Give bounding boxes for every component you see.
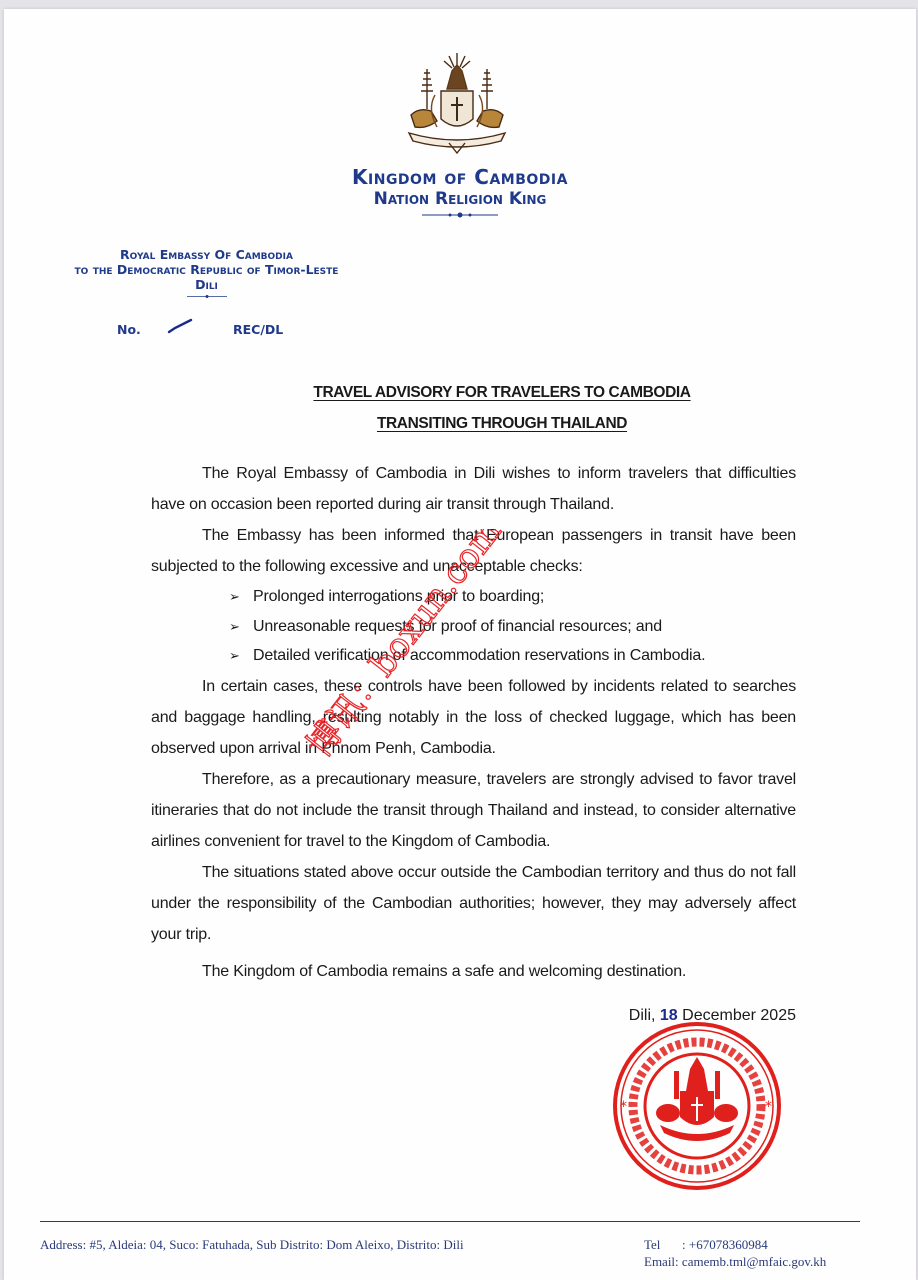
advisory-title-line-1: TRAVEL ADVISORY FOR TRAVELERS TO CAMBODI… bbox=[4, 384, 918, 402]
list-item: ➢Unreasonable requests for proof of fina… bbox=[229, 612, 796, 642]
list-item: ➢Prolonged interrogations prior to board… bbox=[229, 582, 796, 612]
arrow-bullet-icon: ➢ bbox=[229, 582, 240, 612]
embassy-name-block: Royal Embassy Of Cambodia to the Democra… bbox=[34, 247, 379, 292]
body-paragraph: The Royal Embassy of Cambodia in Dili wi… bbox=[151, 458, 796, 520]
footer-contact: Tel: +67078360984 Email: camemb.tml@mfai… bbox=[644, 1236, 826, 1270]
email-label: Email: bbox=[644, 1254, 679, 1269]
embassy-line-3: Dili bbox=[34, 277, 379, 292]
small-ornament-divider bbox=[187, 294, 227, 299]
ornament-divider bbox=[422, 211, 498, 219]
footer-address: Address: #5, Aldeia: 04, Suco: Fatuhada,… bbox=[40, 1237, 464, 1253]
official-seal-stamp: * * bbox=[602, 1021, 792, 1191]
checks-list: ➢Prolonged interrogations prior to board… bbox=[151, 582, 796, 671]
svg-text:*: * bbox=[620, 1099, 627, 1115]
national-motto: Nation Religion King bbox=[4, 189, 916, 209]
body-paragraph: In certain cases, these controls have be… bbox=[151, 671, 796, 764]
arrow-bullet-icon: ➢ bbox=[229, 612, 240, 642]
body-paragraph: The Kingdom of Cambodia remains a safe a… bbox=[151, 956, 796, 987]
advisory-title-line-2: TRANSITING THROUGH THAILAND bbox=[4, 415, 918, 433]
arrow-bullet-icon: ➢ bbox=[229, 641, 240, 671]
footer-phone: Tel: +67078360984 bbox=[644, 1236, 826, 1253]
email-value: camemb.tml@mfaic.gov.kh bbox=[682, 1254, 826, 1269]
footer-divider bbox=[40, 1221, 860, 1222]
phone-label: Tel bbox=[644, 1236, 682, 1253]
body-paragraph: The Embassy has been informed that Europ… bbox=[151, 520, 796, 582]
embassy-line-1: Royal Embassy Of Cambodia bbox=[34, 247, 379, 262]
handwritten-mark-icon bbox=[167, 318, 193, 334]
svg-text:*: * bbox=[765, 1099, 772, 1115]
embassy-line-2: to the Democratic Republic of Timor-Lest… bbox=[34, 262, 379, 277]
reference-code: REC/DL bbox=[233, 322, 283, 337]
phone-value: : +67078360984 bbox=[682, 1237, 768, 1252]
royal-arms-emblem bbox=[397, 49, 517, 159]
reference-number-label: No. bbox=[117, 322, 141, 337]
body-paragraph: Therefore, as a precautionary measure, t… bbox=[151, 764, 796, 857]
footer-email: Email: camemb.tml@mfaic.gov.kh bbox=[644, 1253, 826, 1270]
advisory-body: The Royal Embassy of Cambodia in Dili wi… bbox=[151, 458, 796, 987]
country-name: Kingdom of Cambodia bbox=[4, 166, 916, 188]
document-page: Kingdom of Cambodia Nation Religion King… bbox=[4, 9, 916, 1280]
body-paragraph: The situations stated above occur outsid… bbox=[151, 857, 796, 950]
list-item: ➢Detailed verification of accommodation … bbox=[229, 641, 796, 671]
